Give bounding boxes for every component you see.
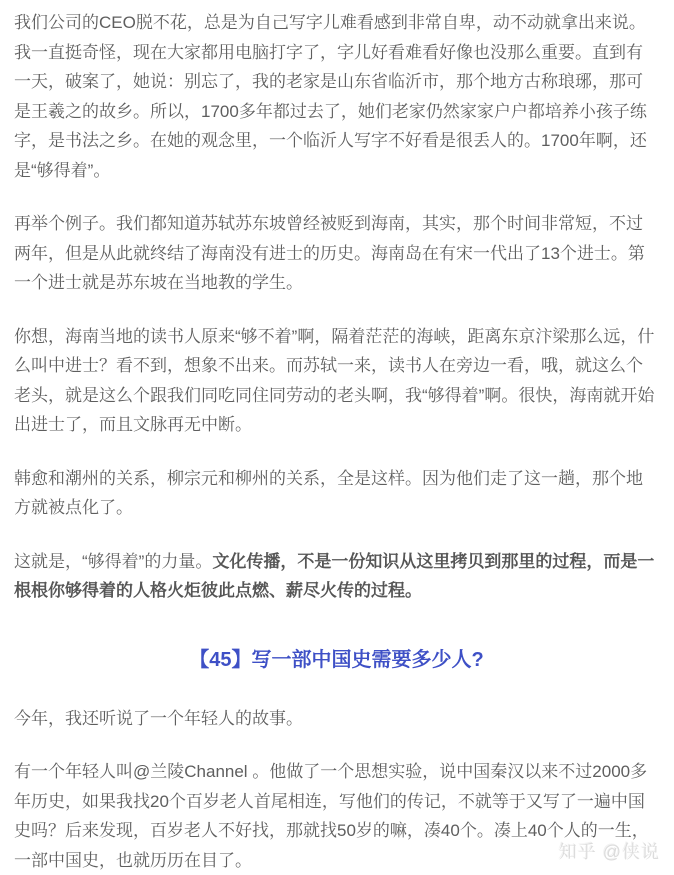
paragraph-young-man-intro: 今年，我还听说了一个年轻人的故事。 xyxy=(14,704,659,734)
paragraph-hanyu-chaozhou: 韩愈和潮州的关系，柳宗元和柳州的关系，全是这样。因为他们走了这一趟，那个地方就被… xyxy=(14,464,659,523)
paragraph-hainan-jinshi: 你想，海南当地的读书人原来“够不着”啊，隔着茫茫的海峡，距离东京汴梁那么远，什么… xyxy=(14,322,659,440)
article-body: 我们公司的CEO脱不花，总是为自己写字儿难看感到非常自卑，动不动就拿出来说。我一… xyxy=(0,0,674,875)
paragraph-culture-spread: 这就是，“够得着”的力量。文化传播，不是一份知识从这里拷贝到那里的过程，而是一根… xyxy=(14,547,659,606)
section-heading-45: 【45】写一部中国史需要多少人? xyxy=(14,646,659,674)
zhihu-watermark: 知乎 @侠说 xyxy=(559,838,660,864)
paragraph-culture-spread-normal: 这就是，“够得着”的力量。 xyxy=(14,552,212,571)
paragraph-ceo-tuobuhua: 我们公司的CEO脱不花，总是为自己写字儿难看感到非常自卑，动不动就拿出来说。我一… xyxy=(14,8,659,185)
paragraph-sudongpo-hainan: 再举个例子。我们都知道苏轼苏东坡曾经被贬到海南，其实，那个时间非常短，不过两年，… xyxy=(14,209,659,298)
